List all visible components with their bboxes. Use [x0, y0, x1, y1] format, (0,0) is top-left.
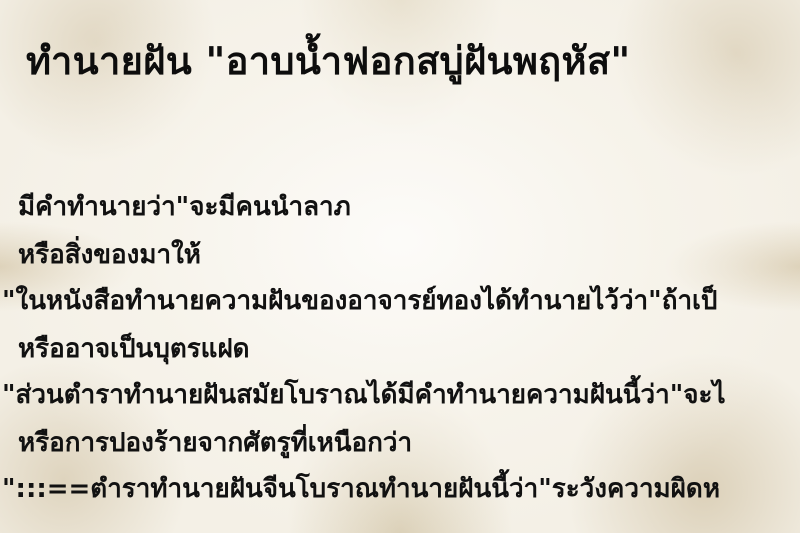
- prediction-line-3: "ในหนังสือทำนายความฝันของอาจารย์ทองได้ทำ…: [2, 286, 717, 317]
- prediction-line-5: "ส่วนตำราทำนายฝันสมัยโบราณได้มีคำทำนายคว…: [2, 380, 726, 411]
- parchment-page: ทำนายฝัน "อาบน้ำฟอกสบู่ฝันพฤหัส" มีคำทำน…: [0, 0, 800, 533]
- prediction-line-7: ":::==ตำราทำนายฝันจีนโบราณทำนายฝันนี้ว่า…: [2, 474, 720, 505]
- prediction-line-6: หรือการปองร้ายจากศัตรูที่เหนือกว่า: [18, 428, 412, 459]
- prediction-line-4: หรืออาจเป็นบุตรแฝด: [18, 334, 250, 365]
- prediction-line-1: มีคำทำนายว่า"จะมีคนนำลาภ: [18, 192, 351, 223]
- prediction-line-2: หรือสิ่งของมาให้: [18, 240, 201, 271]
- page-title: ทำนายฝัน "อาบน้ำฟอกสบู่ฝันพฤหัส": [26, 39, 630, 85]
- cutoff-text-line: [0, 521, 800, 533]
